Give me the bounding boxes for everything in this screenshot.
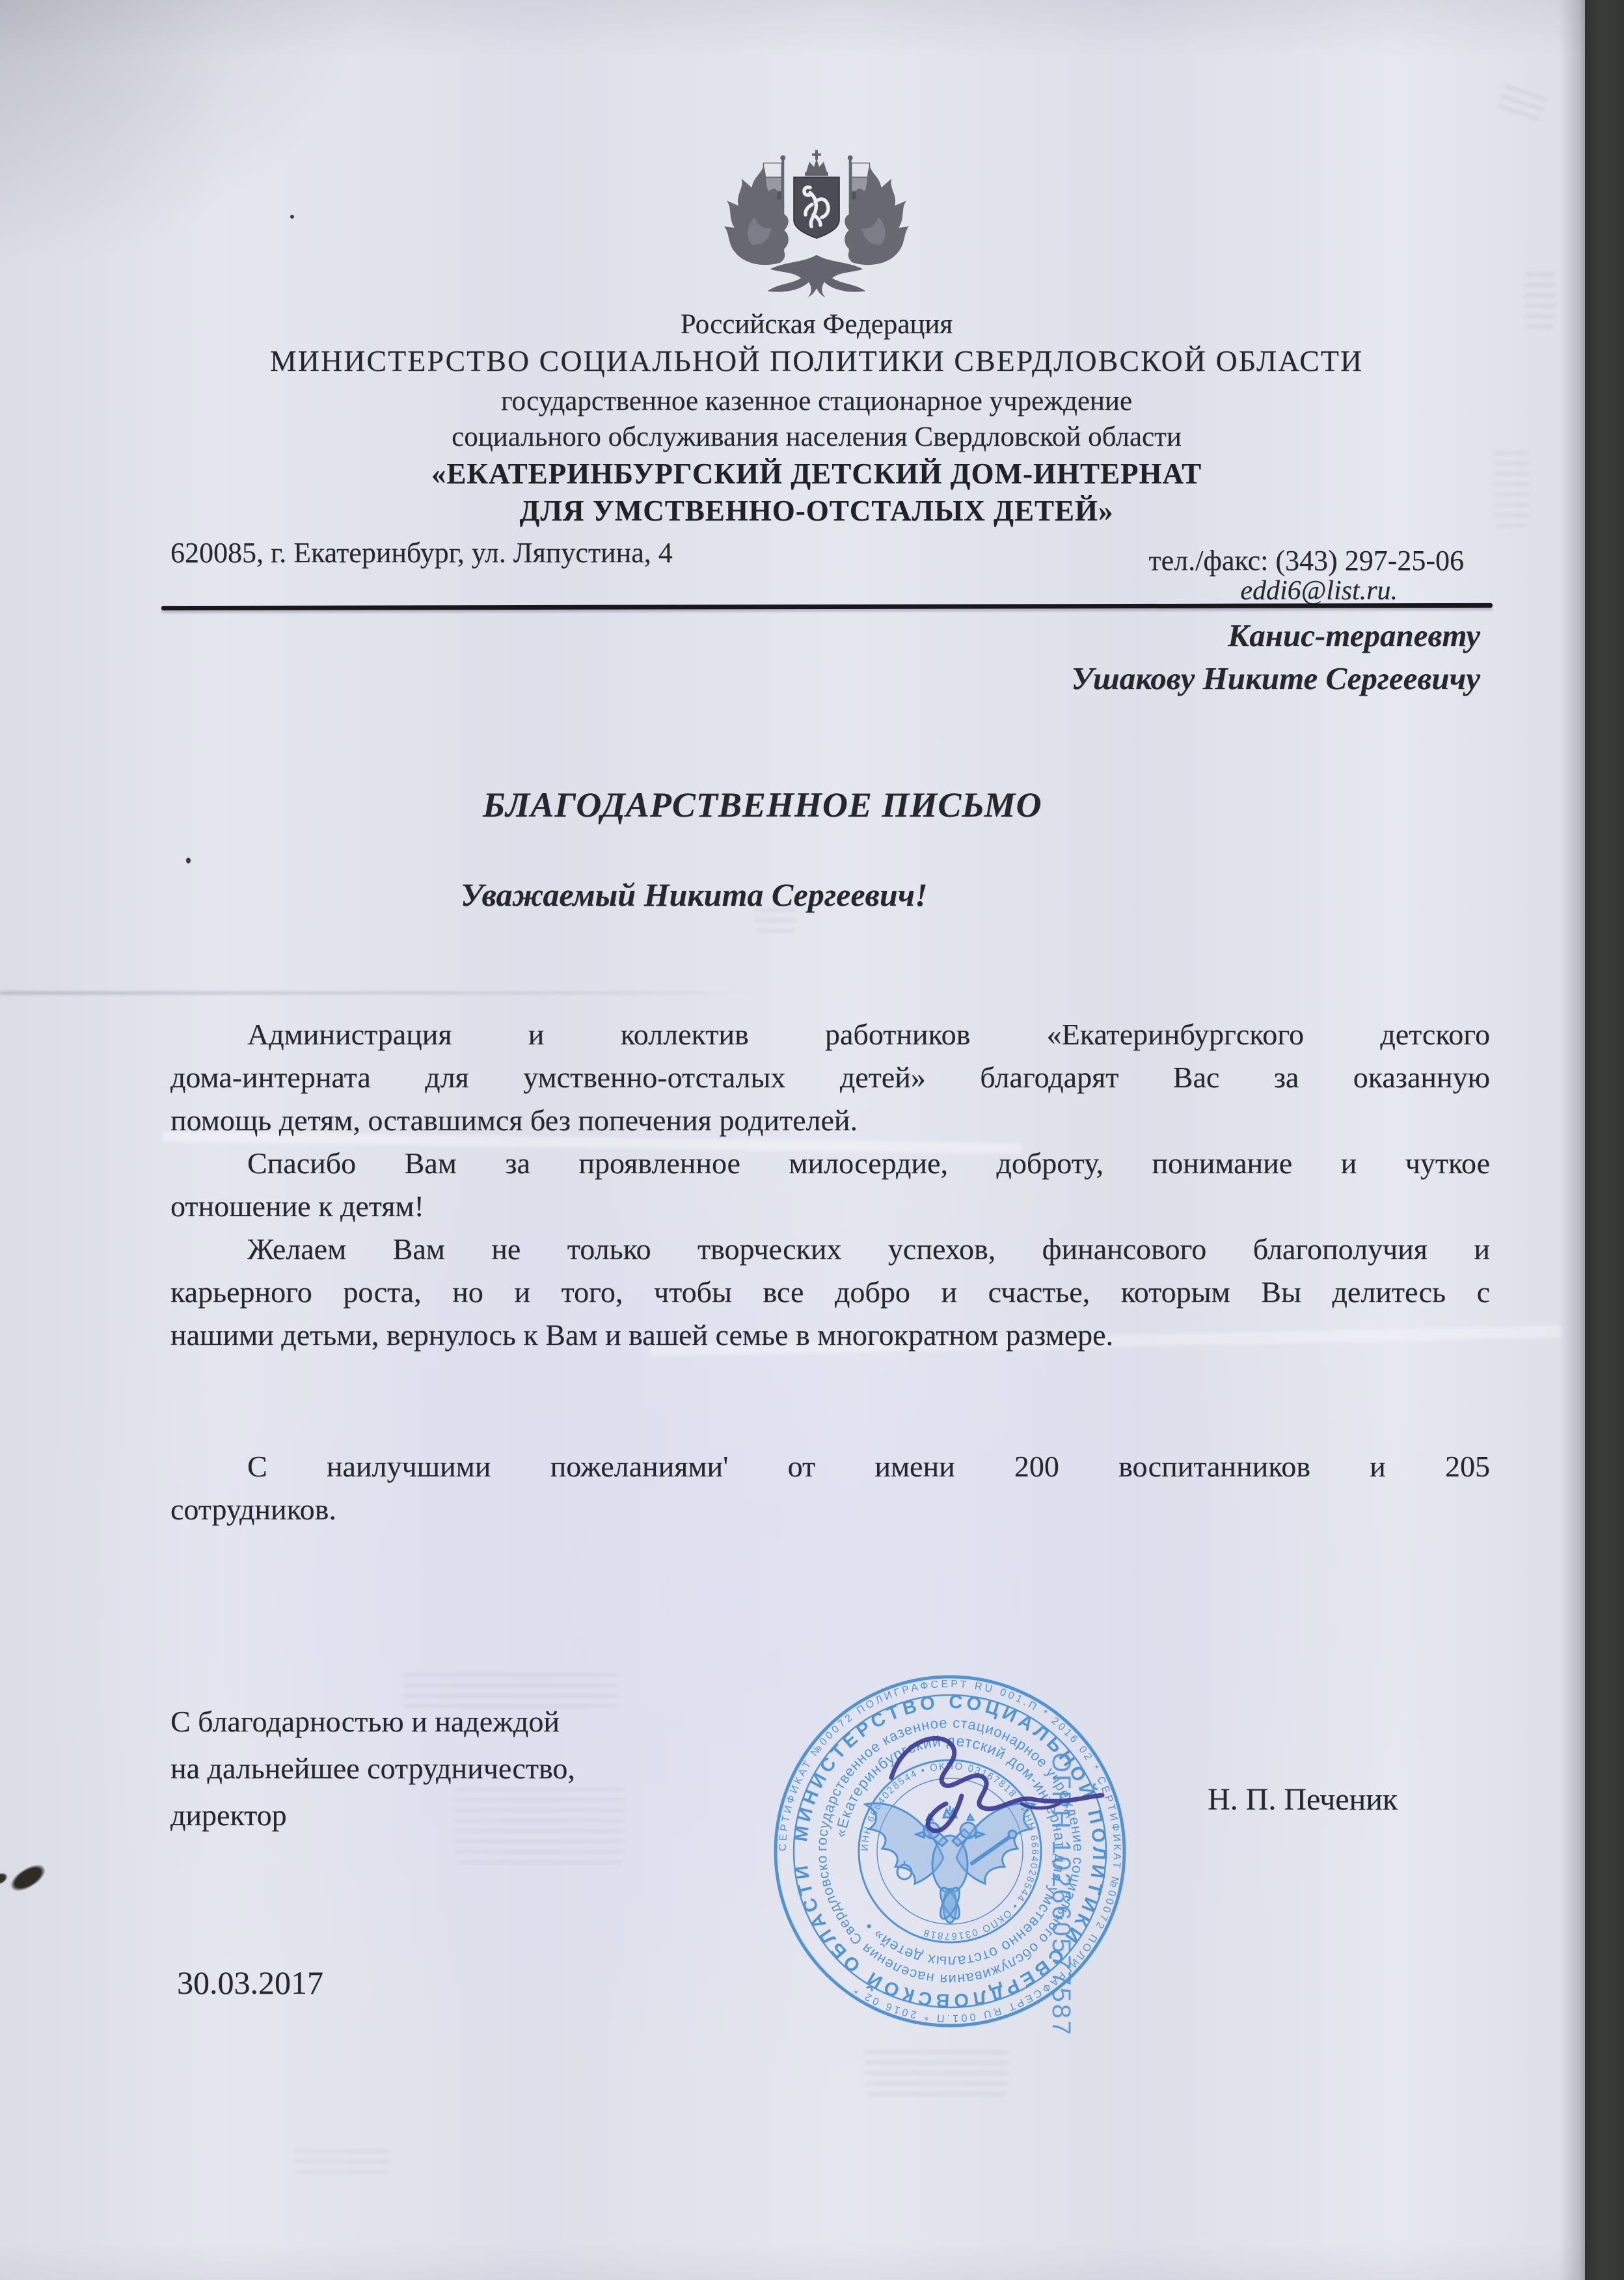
letter-date: 30.03.2017 bbox=[177, 1964, 323, 2002]
paper-crease bbox=[0, 992, 768, 994]
letterhead-phone: тел./факс: (343) 297-25-06 bbox=[1148, 544, 1464, 577]
addressee-role: Канис-терапевту bbox=[1228, 617, 1480, 654]
body-line: отношение к детям! bbox=[170, 1188, 1490, 1224]
bleed-through-mark bbox=[1497, 78, 1550, 120]
letterhead-org-type-1: государственное казенное стационарное уч… bbox=[0, 385, 1624, 417]
scan-speck bbox=[186, 858, 191, 863]
sverdlovsk-coat-of-arms-icon bbox=[707, 147, 927, 303]
bleed-through-mark bbox=[403, 1667, 618, 1707]
handwritten-signature bbox=[807, 1698, 1132, 1893]
scan-speck bbox=[290, 215, 294, 219]
letterhead-address: 620085, г. Екатеринбург, ул. Ляпустина, … bbox=[170, 536, 673, 569]
scanner-background-strip bbox=[1585, 0, 1624, 2280]
body-line: дома-интерната для умственно-отсталых де… bbox=[170, 1059, 1490, 1095]
paper-edge-fold bbox=[1559, 0, 1588, 2280]
scan-corner-shadow bbox=[0, 0, 364, 273]
body-line: Спасибо Вам за проявленное милосердие, д… bbox=[170, 1145, 1490, 1181]
body-line: Администрация и коллектив работников «Ек… bbox=[170, 1016, 1490, 1052]
bleed-through-mark bbox=[865, 2043, 1008, 2095]
letterhead-divider bbox=[161, 603, 1493, 610]
body-line: сотрудников. bbox=[170, 1491, 1490, 1527]
letter-title: БЛАГОДАРСТВЕННОЕ ПИСЬМО bbox=[483, 785, 1042, 825]
body-line: Желаем Вам не только творческих успехов,… bbox=[170, 1231, 1490, 1267]
letterhead-org-name-1: «ЕКАТЕРИНБУРГСКИЙ ДЕТСКИЙ ДОМ-ИНТЕРНАТ bbox=[0, 457, 1624, 491]
ink-smudge bbox=[7, 1860, 49, 1895]
letterhead-org-type-2: социального обслуживания населения Сверд… bbox=[0, 421, 1624, 453]
bleed-through-mark bbox=[293, 2147, 390, 2173]
body-line: С наилучшими пожеланиями' от имени 200 в… bbox=[170, 1448, 1490, 1484]
letterhead-country: Российская Федерация bbox=[0, 308, 1624, 340]
scanned-thank-you-letter: Российская Федерация МИНИСТЕРСТВО СОЦИАЛ… bbox=[0, 0, 1624, 2280]
signer-name: Н. П. Печеник bbox=[1208, 1782, 1398, 1817]
body-line: помощь детям, оставшимся без попечения р… bbox=[170, 1102, 1490, 1138]
letterhead-ministry: МИНИСТЕРСТВО СОЦИАЛЬНОЙ ПОЛИТИКИ СВЕРДЛО… bbox=[0, 344, 1624, 378]
addressee-name: Ушакову Никите Сергеевичу bbox=[1071, 660, 1480, 697]
letterhead-email: eddi6@list.ru. bbox=[1240, 575, 1398, 606]
salutation: Уважаемый Никита Сергеевич! bbox=[461, 876, 927, 914]
letterhead-org-name-2: ДЛЯ УМСТВЕННО-ОТСТАЛЫХ ДЕТЕЙ» bbox=[0, 494, 1624, 528]
body-line: карьерного роста, но и того, чтобы все д… bbox=[170, 1274, 1490, 1310]
body-line: нашими детьми, вернулось к Вам и вашей с… bbox=[170, 1317, 1490, 1353]
